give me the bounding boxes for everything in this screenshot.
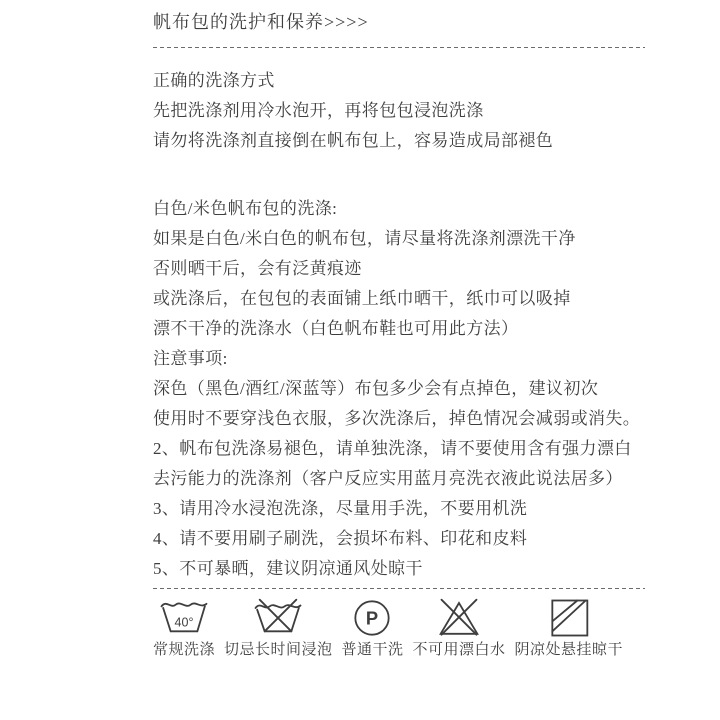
care-symbols-row: 40° 常规洗涤 切忌长时间浸泡 P 普通干洗 (153, 598, 623, 659)
wash-tub-40-icon: 40° (159, 598, 209, 638)
text-line: 使用时不要穿浅色衣服，多次洗涤后，掉色情况会减弱或消失。 (153, 404, 645, 434)
care-instructions-page: 帆布包的洗护和保养>>>> 正确的洗涤方式 先把洗涤剂用冷水泡开，再将包包浸泡洗… (0, 0, 720, 720)
no-soak-icon (253, 598, 303, 638)
text-line: 3、请用冷水浸泡洗涤，尽量用手洗，不要用机洗 (153, 494, 645, 524)
section-notes: 注意事项: 深色（黑色/酒红/深蓝等）布包多少会有点掉色，建议初次 使用时不要穿… (153, 344, 645, 584)
text-line: 去污能力的洗涤剂（客户反应实用蓝月亮洗衣液此说法居多） (153, 464, 645, 494)
text-line: 请勿将洗涤剂直接倒在帆布包上，容易造成局部褪色 (153, 126, 645, 156)
no-bleach-icon (434, 598, 484, 638)
wash-temperature-label: 40° (175, 615, 194, 629)
care-symbol-no-soaking: 切忌长时间浸泡 (224, 598, 333, 659)
text-line: 5、不可暴晒，建议阴凉通风处晾干 (153, 554, 645, 584)
care-symbol-label: 不可用漂白水 (412, 641, 505, 659)
care-symbol-label: 阴凉处悬挂晾干 (514, 641, 623, 659)
care-symbol-dry-clean: P 普通干洗 (341, 598, 403, 659)
text-line: 深色（黑色/酒红/深蓝等）布包多少会有点掉色，建议初次 (153, 374, 645, 404)
care-symbol-label: 常规洗涤 (153, 641, 215, 659)
section-heading: 正确的洗涤方式 (153, 66, 645, 96)
care-symbol-label: 普通干洗 (341, 641, 403, 659)
top-divider (153, 47, 645, 48)
text-line: 4、请不要用刷子刷洗，会损坏布料、印花和皮料 (153, 524, 645, 554)
text-line: 漂不干净的洗涤水（白色帆布鞋也可用此方法） (153, 314, 645, 344)
bottom-divider (153, 588, 645, 589)
care-symbol-hang-dry-shade: 阴凉处悬挂晾干 (514, 598, 623, 659)
hang-dry-shade-icon (544, 598, 594, 638)
section-white-canvas: 白色/米色帆布包的洗涤: 如果是白色/米白色的帆布包，请尽量将洗涤剂漂洗干净 否… (153, 194, 645, 344)
section-washing-method: 正确的洗涤方式 先把洗涤剂用冷水泡开，再将包包浸泡洗涤 请勿将洗涤剂直接倒在帆布… (153, 66, 645, 156)
section-heading: 注意事项: (153, 344, 645, 374)
text-line: 先把洗涤剂用冷水泡开，再将包包浸泡洗涤 (153, 96, 645, 126)
text-line: 或洗涤后，在包包的表面铺上纸巾晒干，纸巾可以吸掉 (153, 284, 645, 314)
care-symbol-label: 切忌长时间浸泡 (224, 641, 333, 659)
text-line: 2、帆布包洗涤易褪色，请单独洗涤，请不要使用含有强力漂白 (153, 434, 645, 464)
dry-clean-p-icon: P (347, 598, 397, 638)
content-column: 帆布包的洗护和保养>>>> 正确的洗涤方式 先把洗涤剂用冷水泡开，再将包包浸泡洗… (153, 0, 645, 659)
care-symbol-regular-wash: 40° 常规洗涤 (153, 598, 215, 659)
care-symbol-no-bleach: 不可用漂白水 (412, 598, 505, 659)
page-title: 帆布包的洗护和保养>>>> (153, 0, 645, 34)
text-line: 否则晒干后，会有泛黄痕迹 (153, 254, 645, 284)
text-line: 如果是白色/米白色的帆布包，请尽量将洗涤剂漂洗干净 (153, 224, 645, 254)
dry-clean-letter: P (366, 608, 378, 629)
section-heading: 白色/米色帆布包的洗涤: (153, 194, 645, 224)
